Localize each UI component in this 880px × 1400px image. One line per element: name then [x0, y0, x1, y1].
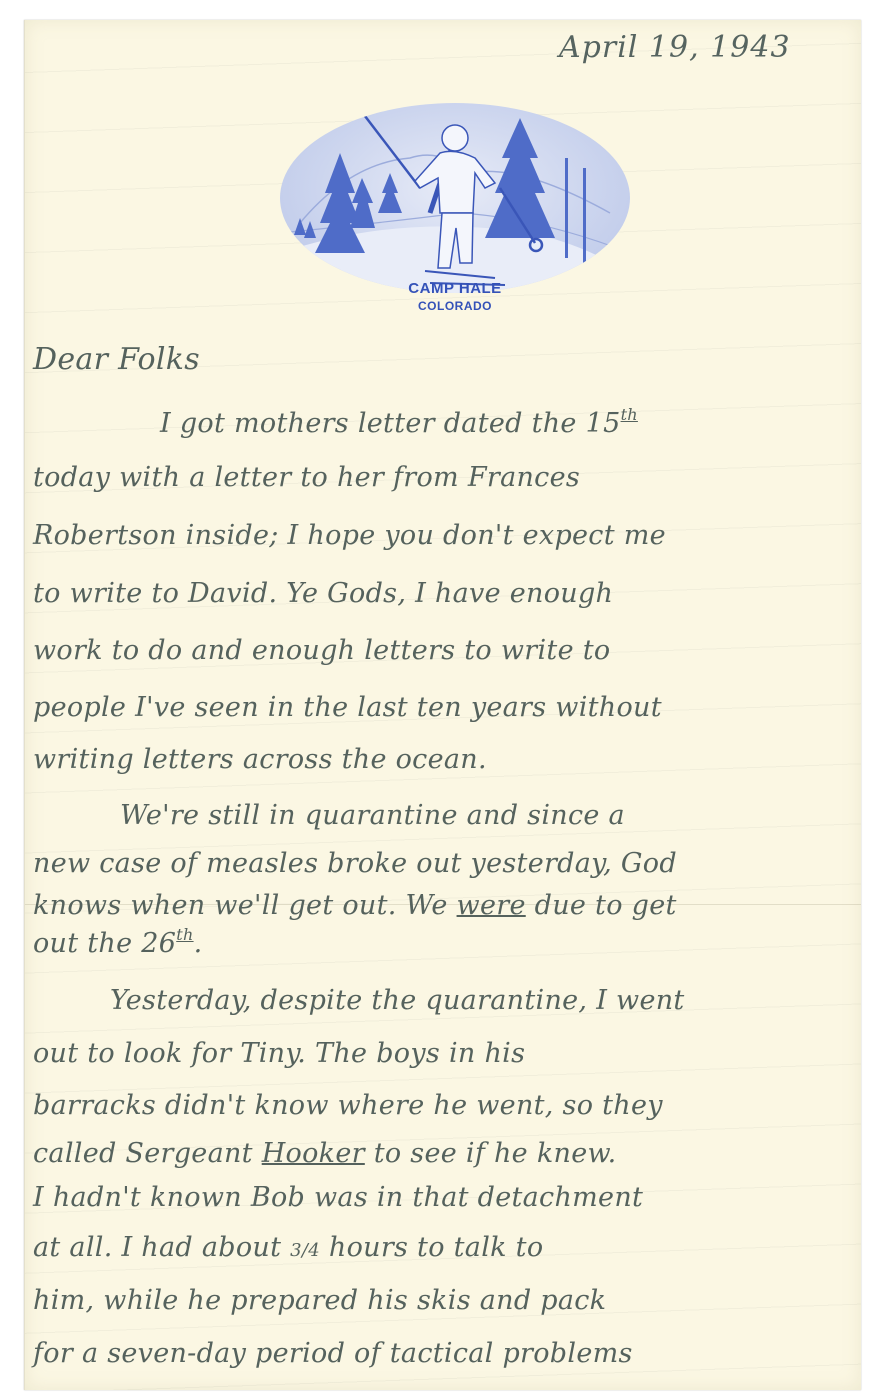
letter-line: Robertson inside; I hope you don't expec… [33, 520, 666, 551]
letter-line: at all. I had about 3/4 hours to talk to [33, 1232, 543, 1263]
ordinal-suffix: th [176, 925, 193, 944]
letterhead-subtitle: COLORADO [280, 299, 630, 313]
letter-line: called Sergeant Hooker to see if he knew… [33, 1138, 617, 1169]
letter-page: April 19, 1943 [24, 20, 861, 1390]
line-text: knows when we'll get out. We [33, 890, 457, 921]
letter-line: work to do and enough letters to write t… [33, 635, 610, 666]
underlined-word: Hooker [262, 1138, 365, 1169]
letter-line: for a seven-day period of tactical probl… [33, 1338, 633, 1369]
skier-illustration [280, 103, 630, 293]
letter-line: to write to David. Ye Gods, I have enoug… [33, 578, 613, 609]
line-text: I got mothers letter dated the 15 [160, 408, 621, 439]
letter-line: knows when we'll get out. We were due to… [33, 890, 677, 921]
letter-line: today with a letter to her from Frances [33, 462, 580, 493]
letter-line: We're still in quarantine and since a [120, 800, 625, 831]
letter-line: I got mothers letter dated the 15th [160, 405, 638, 439]
letter-line: barracks didn't know where he went, so t… [33, 1090, 663, 1121]
letter-line: people I've seen in the last ten years w… [33, 692, 662, 723]
letter-line: writing letters across the ocean. [33, 744, 487, 775]
letter-line: out to look for Tiny. The boys in his [33, 1038, 525, 1069]
line-text: hours to talk to [320, 1232, 543, 1263]
letterhead-title: CAMP HALE [280, 280, 630, 297]
letter-date: April 19, 1943 [559, 30, 791, 65]
letterhead: CAMP HALE COLORADO [280, 75, 630, 325]
line-text: due to get [526, 890, 677, 921]
line-text: called Sergeant [33, 1138, 262, 1169]
skier-scene-icon [280, 103, 630, 293]
letter-line: new case of measles broke out yesterday,… [33, 848, 677, 879]
fraction: 3/4 [290, 1240, 320, 1261]
line-text: at all. I had about [33, 1232, 290, 1263]
letter-line: out the 26th. [33, 925, 202, 959]
underlined-word: were [457, 890, 526, 921]
letter-line: Yesterday, despite the quarantine, I wen… [110, 985, 685, 1016]
ordinal-suffix: th [621, 405, 638, 424]
salutation: Dear Folks [33, 342, 200, 377]
line-text: to see if he knew. [365, 1138, 617, 1169]
line-text: out the 26 [33, 928, 176, 959]
letter-line: I hadn't known Bob was in that detachmen… [33, 1182, 643, 1213]
letter-line: him, while he prepared his skis and pack [33, 1285, 606, 1316]
